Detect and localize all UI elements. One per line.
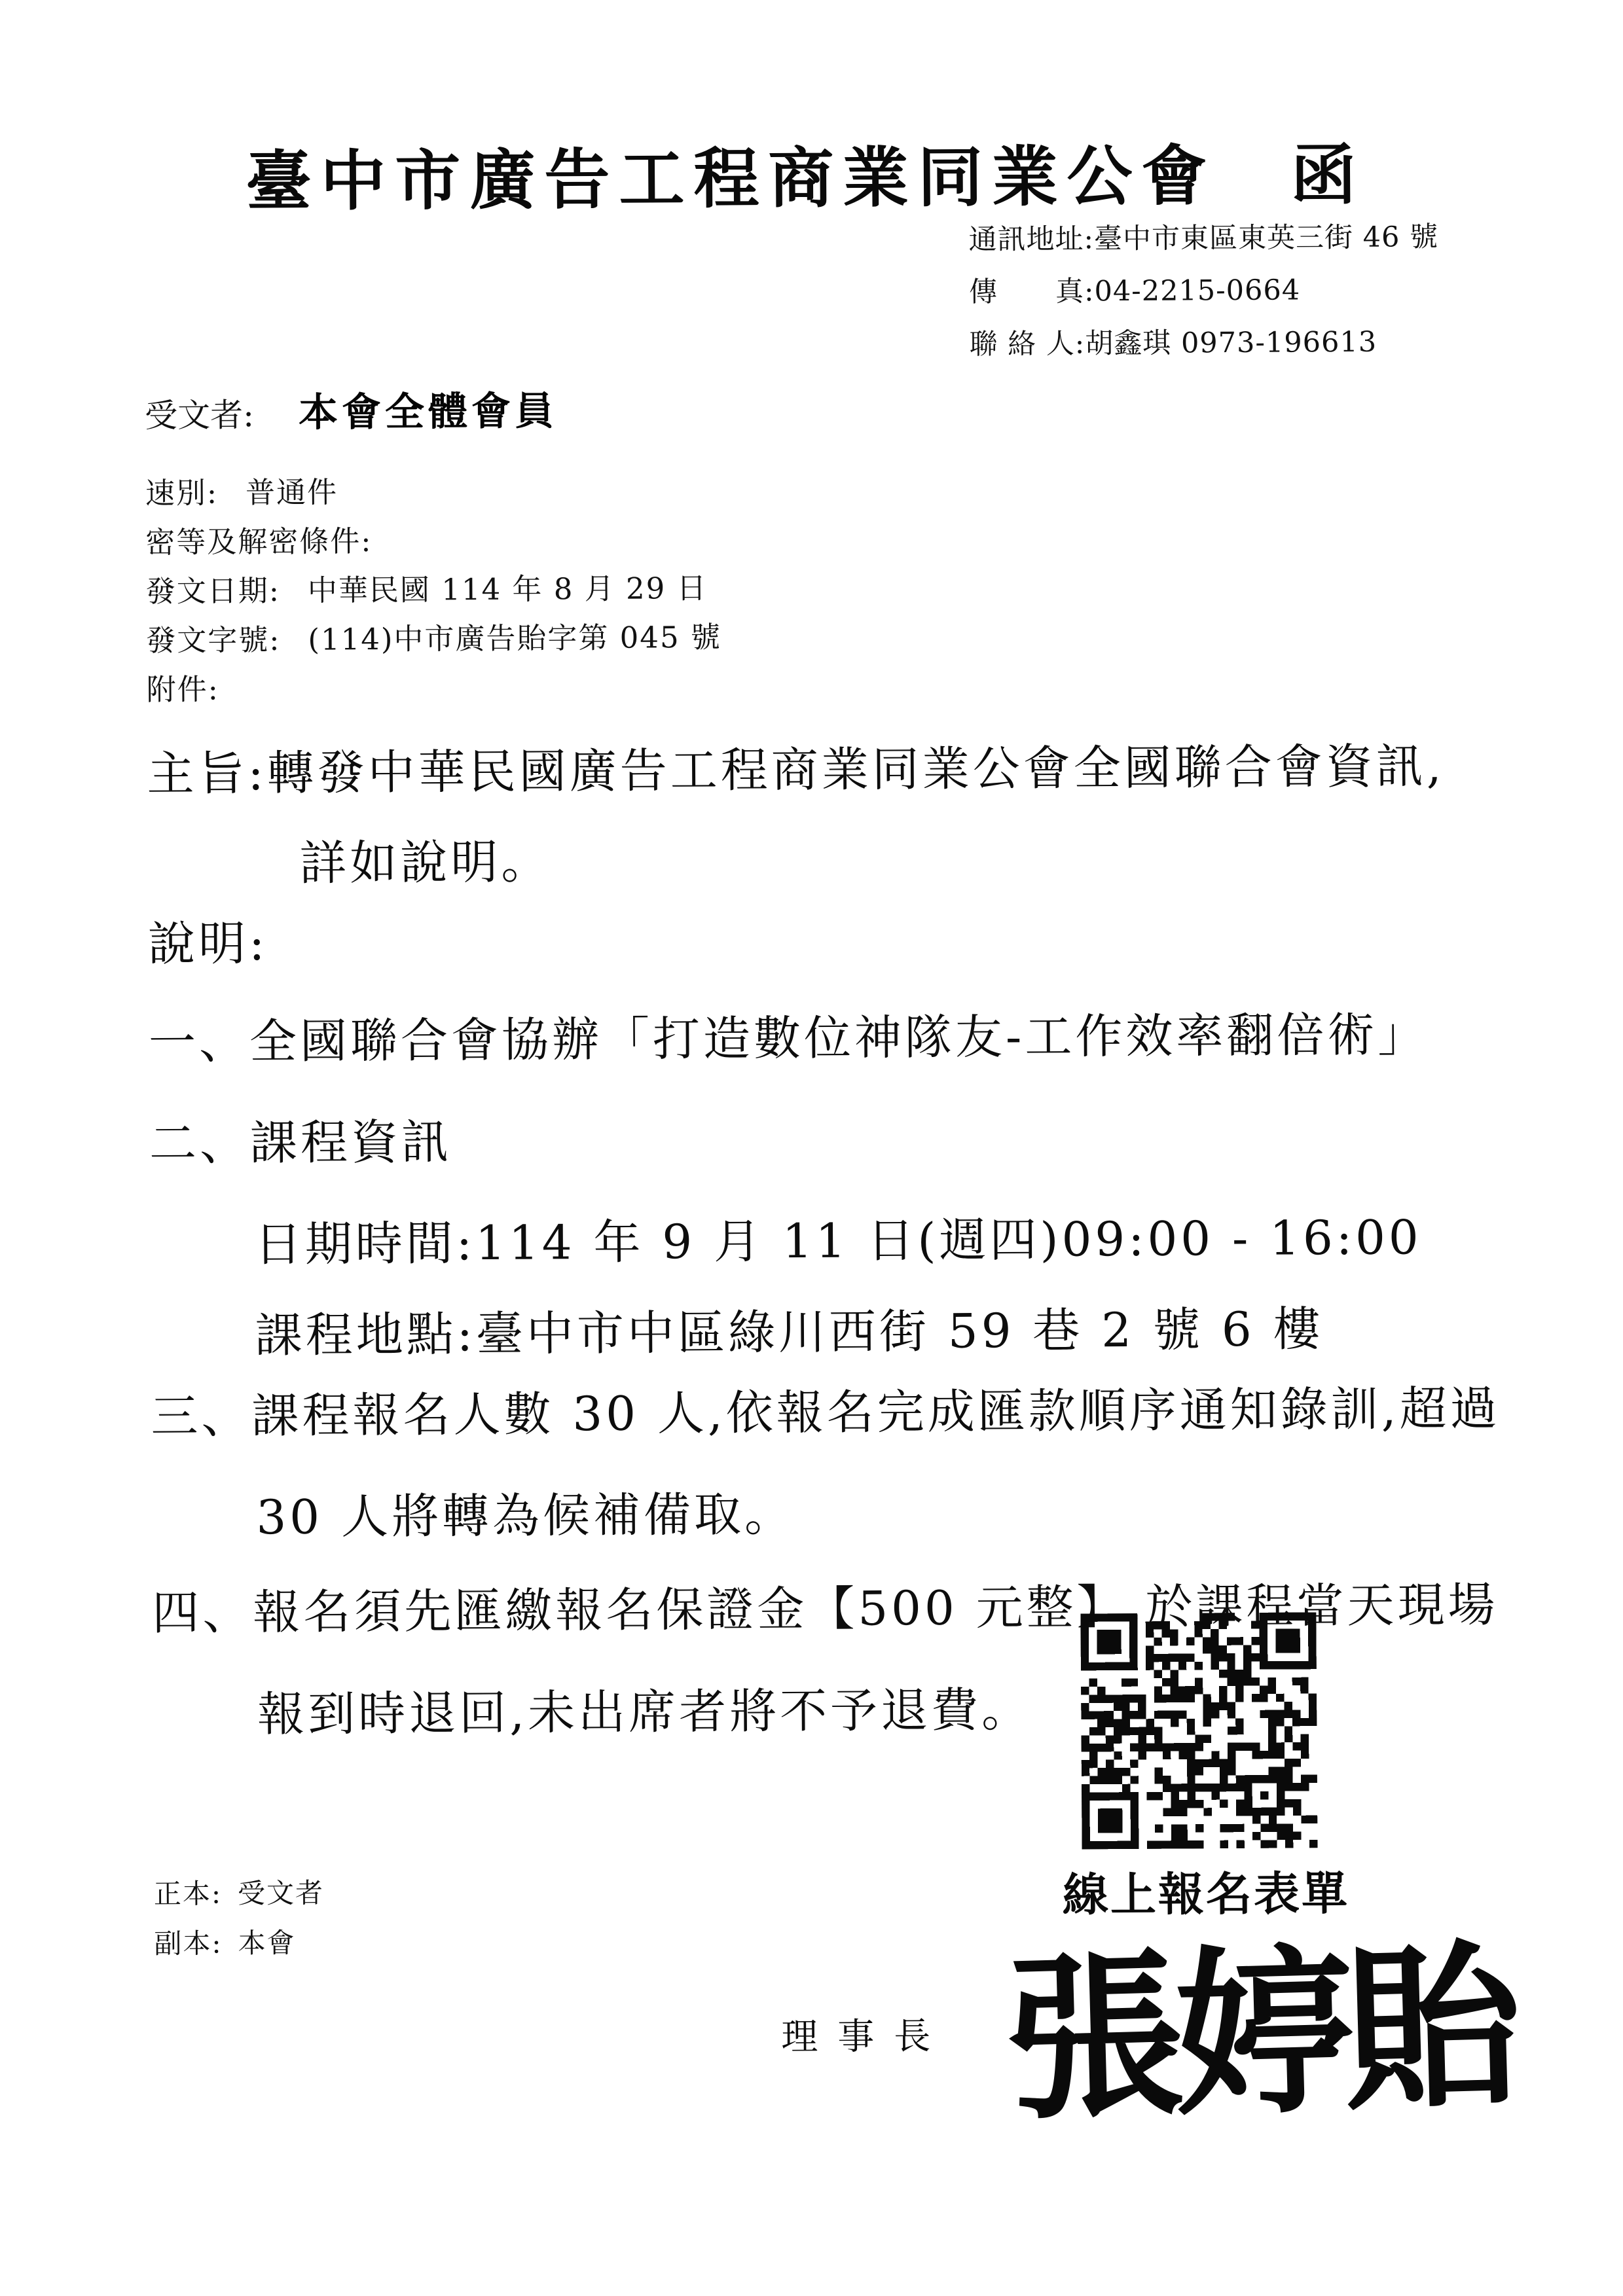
duplicate-value: 本會 [238,1927,295,1960]
distribution-block: 正本:受文者 副本:本會 [154,1869,325,1969]
meta-row-speed: 速別:普通件 [145,465,721,518]
meta-ref-number-value: (114)中市廣告貽字第 045 號 [308,620,721,657]
duplicate-label: 副本: [154,1928,222,1960]
meta-security-label: 密等及解密條件: [145,524,372,560]
original-value: 受文者 [238,1877,324,1910]
meta-issue-date-label: 發文日期: [146,573,280,609]
letter-page: 臺中市廣告工程商業同業公會 函 通訊地址:臺中市東區東英三街 46 號 傳 真:… [0,0,1623,2296]
sender-contact-block: 通訊地址:臺中市東區東英三街 46 號 傳 真:04-2215-0664 聯 絡… [968,211,1439,370]
list-item-3-line-1: 三、課程報名人數 30 人,依報名完成匯款順序通知錄訓,超過 [151,1371,1501,1447]
meta-ref-number-label: 發文字號: [146,622,280,658]
list-item-2: 二、課程資訊 [149,1103,452,1174]
original-label: 正本: [154,1878,222,1910]
subject-line-2: 詳如說明。 [299,823,552,893]
meta-row-attachment: 附件: [146,662,721,714]
meta-row-security: 密等及解密條件: [145,514,721,567]
course-datetime: 日期時間:114 年 9 月 11 日(週四)09:00 - 16:00 [255,1199,1422,1274]
chairman-signature: 張婷貽 [1003,1929,1515,2138]
qr-code-image [1080,1612,1317,1849]
subject-line-1: 主旨:轉發中華民國廣告工程商業同業公會全國聯合會資訊, [147,728,1445,804]
recipient-value: 本會全體會員 [299,388,558,435]
chairman-title: 理事長 [781,2007,950,2061]
recipient-row: 受文者:本會全體會員 [145,380,558,439]
scanned-content: 臺中市廣告工程商業同業公會 函 通訊地址:臺中市東區東英三街 46 號 傳 真:… [0,0,1623,2296]
list-item-4-line-2: 報到時退回,未出席者將不予退費。 [257,1672,1032,1744]
copy-to-original: 正本:受文者 [154,1869,325,1920]
contact-fax: 傳 真:04-2215-0664 [969,263,1439,318]
course-location: 課程地點:臺中市中區綠川西街 59 巷 2 號 6 樓 [255,1291,1323,1365]
copy-to-duplicate: 副本:本會 [154,1918,325,1969]
meta-speed-value: 普通件 [246,475,338,510]
meta-attachment-label: 附件: [147,672,219,708]
list-item-1: 一、全國聯合會協辦「打造數位神隊友-工作效率翻倍術」 [149,996,1429,1072]
meta-row-ref-number: 發文字號:(114)中市廣告貽字第 045 號 [146,613,721,665]
document-title: 臺中市廣告工程商業同業公會 函 [0,120,1617,224]
qr-caption: 線上報名表單 [1063,1857,1350,1925]
contact-person: 聯 絡 人:胡鑫琪 0973-196613 [969,315,1439,370]
meta-speed-label: 速別: [145,476,218,511]
meta-issue-date-value: 中華民國 114 年 8 月 29 日 [308,571,708,608]
meta-block: 速別:普通件 密等及解密條件: 發文日期:中華民國 114 年 8 月 29 日… [145,465,722,714]
qr-code [1080,1612,1317,1849]
explanation-heading: 說明: [148,905,268,974]
recipient-label: 受文者: [145,396,254,435]
list-item-3-line-2: 30 人將轉為候補備取。 [256,1476,795,1547]
contact-address: 通訊地址:臺中市東區東英三街 46 號 [968,211,1438,266]
meta-row-issue-date: 發文日期:中華民國 114 年 8 月 29 日 [146,564,721,616]
